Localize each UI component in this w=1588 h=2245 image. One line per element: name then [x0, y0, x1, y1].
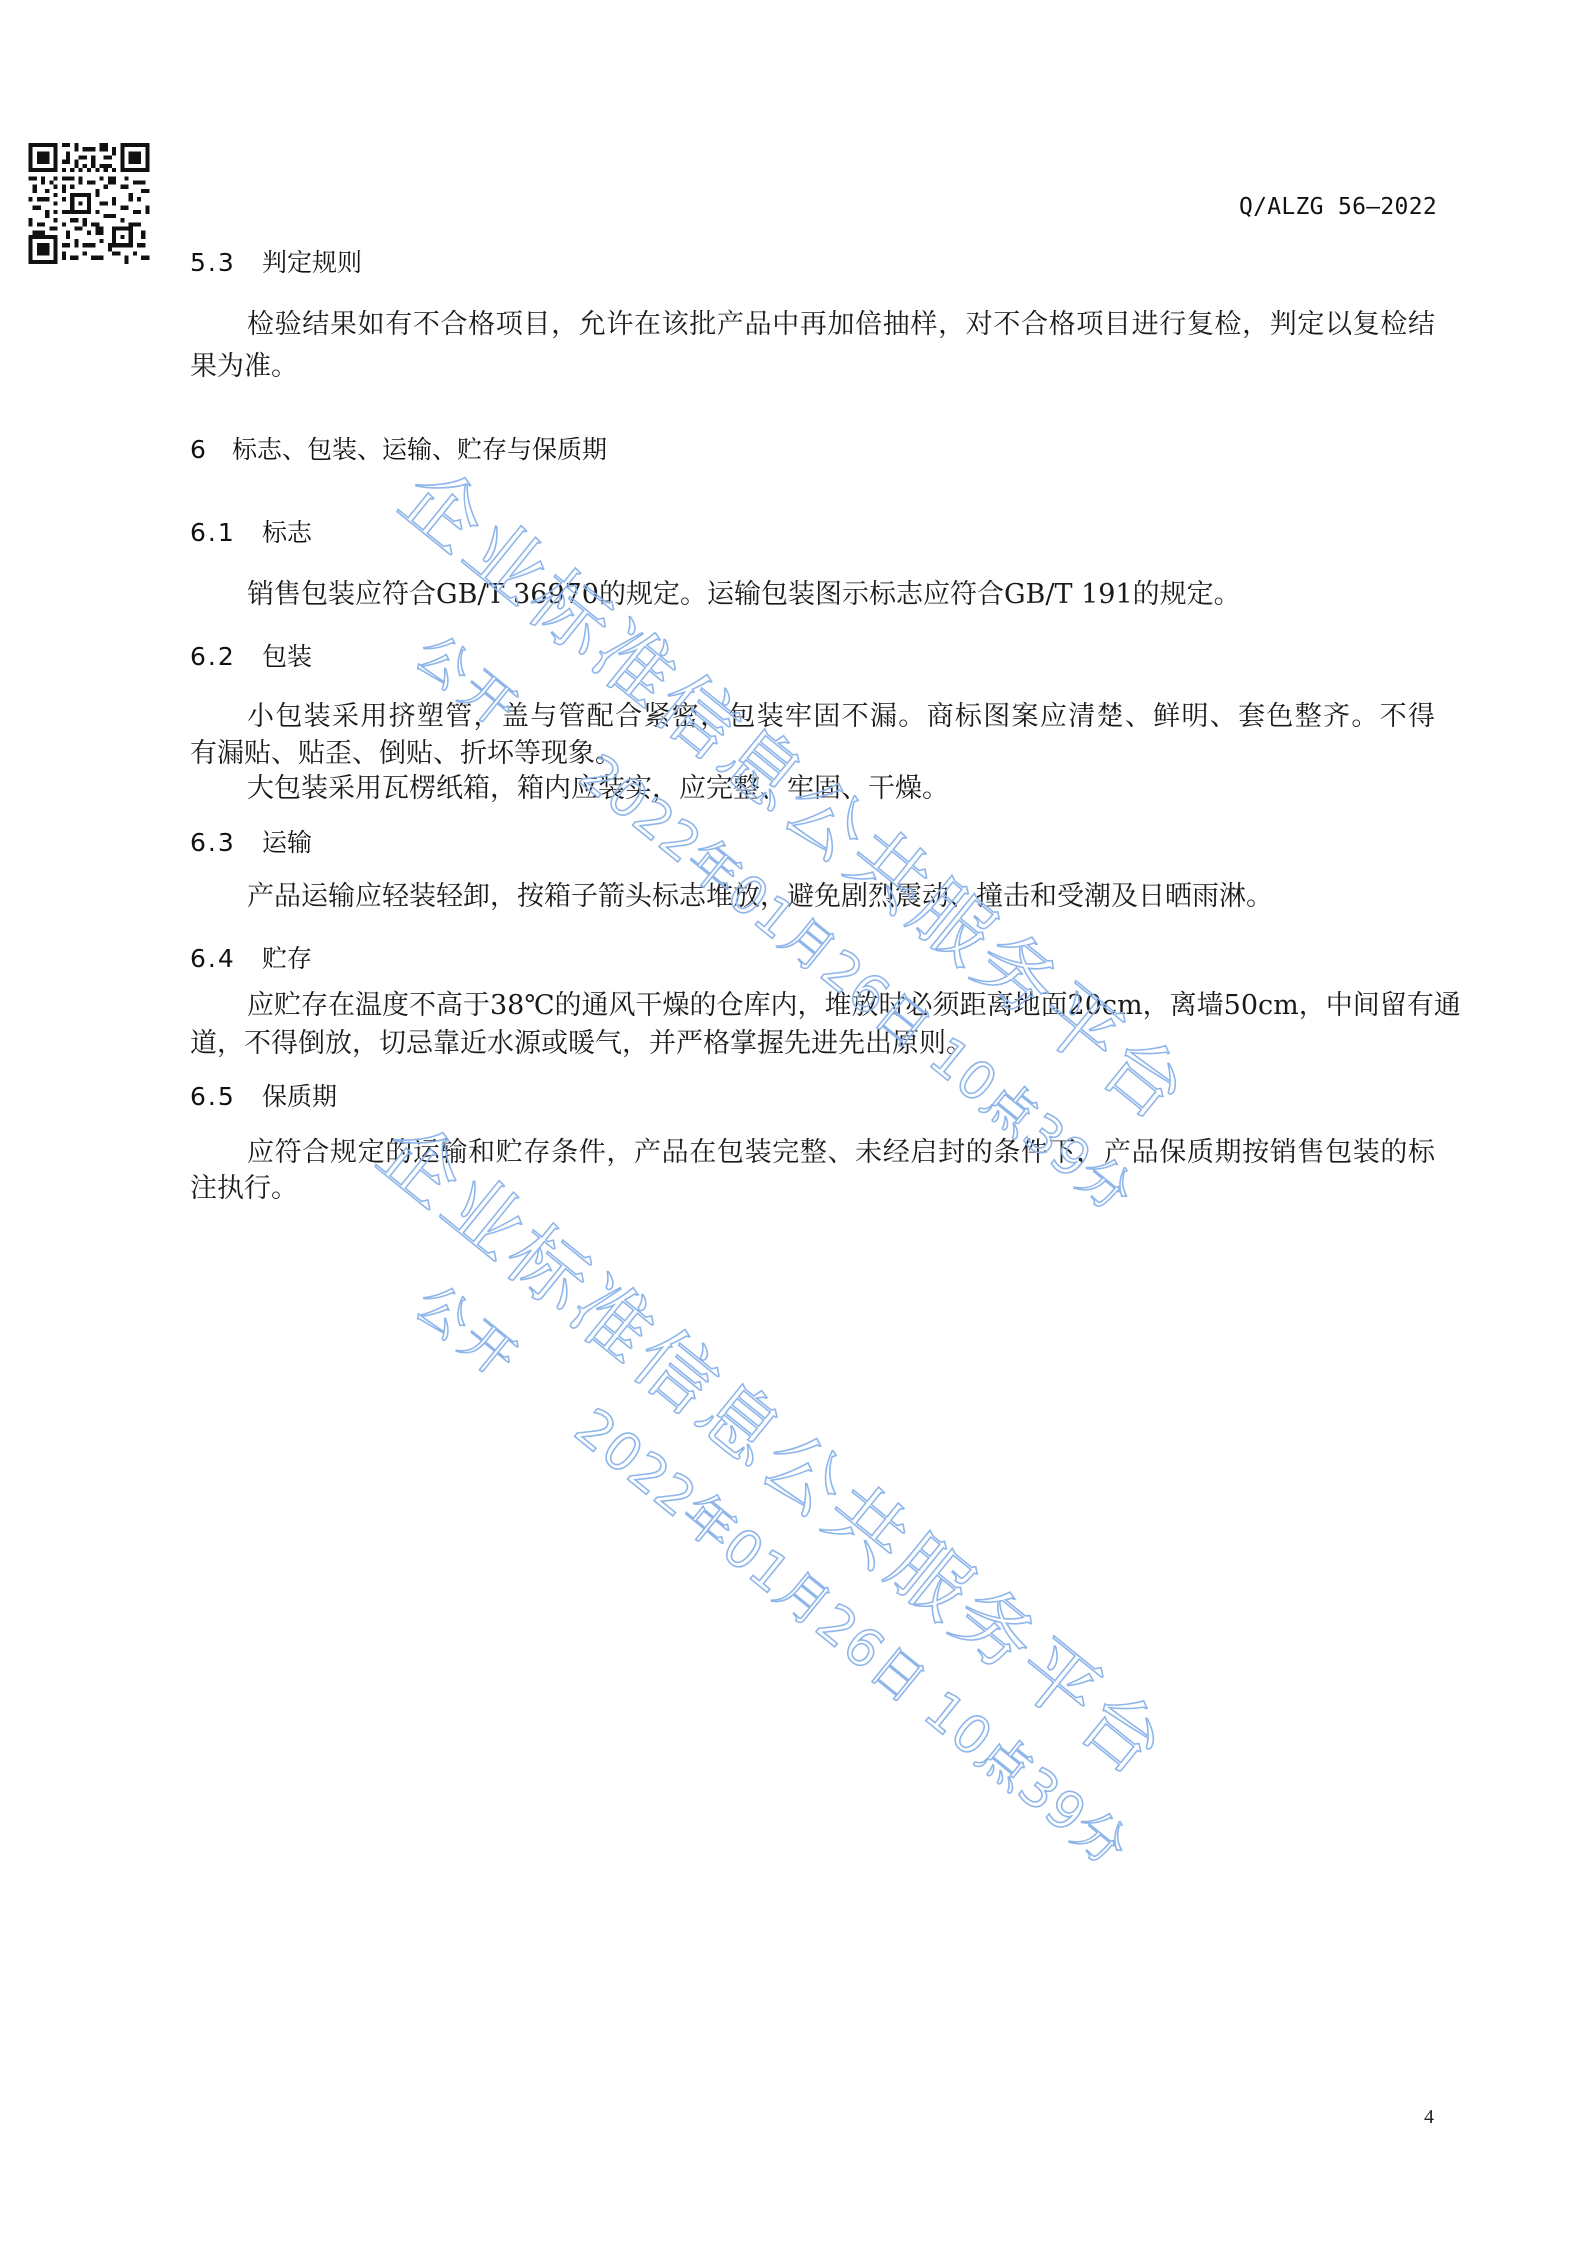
- section-heading-6: 6标志、包装、运输、贮存与保质期: [190, 433, 1435, 467]
- section-number: 6.3: [190, 826, 262, 860]
- paragraph-line: 小包装采用挤塑管，盖与管配合紧密，包装牢固不漏。商标图案应清楚、鲜明、套色整齐。…: [190, 700, 1435, 734]
- section-title: 包装: [262, 642, 312, 671]
- section-title: 运输: [262, 828, 312, 857]
- section-number: 6.5: [190, 1080, 262, 1114]
- paragraph-line: 注执行。: [190, 1172, 1435, 1206]
- document-page: Q/ALZG 56—2022 5.3判定规则 检验结果如有不合格项目，允许在该批…: [0, 0, 1588, 2245]
- section-title: 标志、包装、运输、贮存与保质期: [232, 435, 607, 464]
- section-number: 6: [190, 433, 232, 467]
- paragraph-line: 道，不得倒放，切忌靠近水源或暖气，并严格掌握先进先出原则。: [190, 1027, 1435, 1061]
- paragraph-line: 销售包装应符合GB/T 36970的规定。运输包装图示标志应符合GB/T 191…: [190, 578, 1435, 612]
- section-number: 6.4: [190, 942, 262, 976]
- watermark-timestamp-text: 2022年01月26日 10点39分: [565, 1399, 1138, 1878]
- section-title: 保质期: [262, 1082, 337, 1111]
- watermark-status-text: 公开: [405, 1275, 530, 1392]
- section-heading-6-1: 6.1标志: [190, 516, 1435, 550]
- section-heading-6-3: 6.3运输: [190, 826, 1435, 860]
- section-title: 标志: [262, 518, 312, 547]
- section-number: 5.3: [190, 246, 262, 280]
- paragraph-line: 产品运输应轻装轻卸，按箱子箭头标志堆放，避免剧烈震动、撞击和受潮及日晒雨淋。: [190, 880, 1435, 914]
- qr-code-icon: [28, 143, 150, 264]
- watermark-platform-text: 企业标准信息公共服务平台: [365, 1110, 1180, 1791]
- paragraph-line: 果为准。: [190, 350, 1435, 384]
- section-number: 6.2: [190, 640, 262, 674]
- page-number: 4: [1424, 2104, 1444, 2130]
- section-heading-5-3: 5.3判定规则: [190, 246, 1435, 280]
- paragraph-line: 应符合规定的运输和贮存条件，产品在包装完整、未经启封的条件下，产品保质期按销售包…: [190, 1136, 1435, 1170]
- section-title: 贮存: [262, 944, 312, 973]
- section-heading-6-5: 6.5保质期: [190, 1080, 1435, 1114]
- section-title: 判定规则: [262, 248, 362, 277]
- paragraph-line: 应贮存在温度不高于38℃的通风干燥的仓库内，堆放时必须距离地面20cm，离墙50…: [190, 989, 1435, 1023]
- section-heading-6-4: 6.4贮存: [190, 942, 1435, 976]
- section-number: 6.1: [190, 516, 262, 550]
- paragraph-line: 大包装采用瓦楞纸箱，箱内应装实，应完整、牢固、干燥。: [190, 772, 1435, 806]
- paragraph-line: 检验结果如有不合格项目，允许在该批产品中再加倍抽样，对不合格项目进行复检，判定以…: [190, 308, 1435, 342]
- paragraph-line: 有漏贴、贴歪、倒贴、折坏等现象。: [190, 737, 1435, 771]
- section-heading-6-2: 6.2包装: [190, 640, 1435, 674]
- standard-code: Q/ALZG 56—2022: [1225, 192, 1437, 222]
